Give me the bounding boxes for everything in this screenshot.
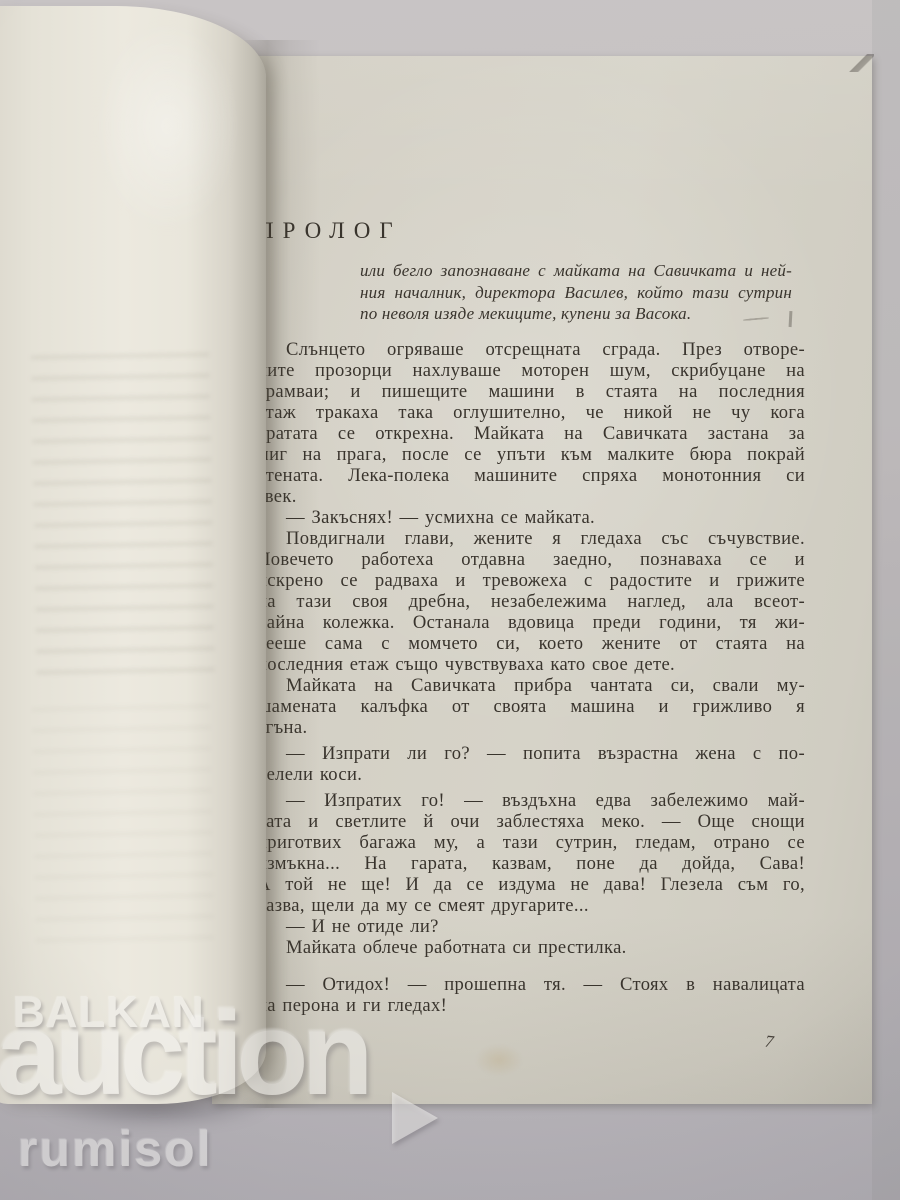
paragraph: — Изпратих го! — въздъхна едва забележим… <box>257 790 805 916</box>
text-line: етаж тракаха така оглушително, че никой … <box>257 402 805 423</box>
text-line: миг на прага, после се упъти към малките… <box>257 444 805 465</box>
text-line: приготвих багажа му, а тази сутрин, глед… <box>257 832 805 853</box>
text-line: последния етаж също чувствуваха като сво… <box>257 654 805 675</box>
text-line: — Закъснях! — усмихна се майката. <box>257 507 805 528</box>
text-line: стената. Лека-полека машините спряха мон… <box>257 465 805 486</box>
backdrop-right-strip <box>872 0 900 1200</box>
text-line: ните прозорци нахлуваше моторен шум, скр… <box>257 360 805 381</box>
text-showthrough <box>31 352 215 685</box>
page-number: 7 <box>764 1032 775 1053</box>
text-line: дайна колежка. Останала вдовица преди го… <box>257 612 805 633</box>
paper-stain <box>475 1044 523 1076</box>
text-line: — Отидох! — прошепна тя. — Стоях в навал… <box>257 974 805 995</box>
paragraph: — И не отиде ли? <box>257 916 805 937</box>
paragraph: — Изпрати ли го? — попита възрастна жена… <box>257 743 805 785</box>
text-line: искрено се радваха и тревожеха с радости… <box>257 570 805 591</box>
text-line: казва, щели да му се смеят другарите... <box>257 895 805 916</box>
paragraph: Майката облече работната си престилка. <box>257 937 805 958</box>
text-line: или бегло запознаване с майката на Савич… <box>360 260 792 282</box>
text-line: Майката на Савичката прибра чантата си, … <box>257 675 805 696</box>
text-line: трамваи; и пишещите машини в стаята на п… <box>257 381 805 402</box>
text-line: Повечето работеха отдавна заедно, познав… <box>257 549 805 570</box>
text-line: Майката облече работната си престилка. <box>257 937 805 958</box>
text-line: А той не ще! И да се издума не дава! Гле… <box>257 874 805 895</box>
text-line: звек. <box>257 486 805 507</box>
pencil-mark <box>789 311 792 327</box>
text-line: по неволя изяде мекиците, купени за Васо… <box>360 303 792 325</box>
text-line: белели коси. <box>257 764 805 785</box>
text-line: Повдигнали глави, жените я гледаха със с… <box>257 528 805 549</box>
paragraph: Майката на Савичката прибра чантата си, … <box>257 675 805 738</box>
paragraph: — Отидох! — прошепна тя. — Стоях в навал… <box>257 974 805 1016</box>
chapter-subtitle: или бегло запознаване с майката на Савич… <box>360 260 792 325</box>
text-line: вееше сама с момчето си, което жените от… <box>257 633 805 654</box>
text-line: ния началник, директора Василев, който т… <box>360 282 792 304</box>
chapter-heading: ПРОЛОГ <box>257 218 805 244</box>
text-line: на тази своя дребна, незабележима наглед… <box>257 591 805 612</box>
book-photo: ПРОЛОГ или бегло запознаване с майката н… <box>0 0 900 1200</box>
curl-highlight <box>92 16 242 236</box>
text-line: шамената калъфка от своята машина и гриж… <box>257 696 805 717</box>
paragraph: Слънцето огряваше отсрещната сграда. Пре… <box>257 339 805 507</box>
text-showthrough <box>32 704 214 957</box>
page-corner-fold <box>848 54 874 72</box>
text-line: — И не отиде ли? <box>257 916 805 937</box>
text-line: — Изпрати ли го? — попита възрастна жена… <box>257 743 805 764</box>
text-line: измъкна... На гарата, казвам, поне да до… <box>257 853 805 874</box>
text-line: вратата се открехна. Майката на Савичкат… <box>257 423 805 444</box>
paragraph: Повдигнали глави, жените я гледаха със с… <box>257 528 805 675</box>
text-line: Слънцето огряваше отсрещната сграда. Пре… <box>257 339 805 360</box>
curled-page <box>0 6 266 1104</box>
text-line: ката и светлите й очи заблестяха меко. —… <box>257 811 805 832</box>
text-column: ПРОЛОГ или бегло запознаване с майката н… <box>257 218 805 1016</box>
body-text: Слънцето огряваше отсрещната сграда. Пре… <box>257 339 805 1016</box>
text-line: сгъна. <box>257 717 805 738</box>
text-line: — Изпратих го! — въздъхна едва забележим… <box>257 790 805 811</box>
text-line: на перона и ги гледах! <box>257 995 805 1016</box>
paragraph: — Закъснях! — усмихна се майката. <box>257 507 805 528</box>
